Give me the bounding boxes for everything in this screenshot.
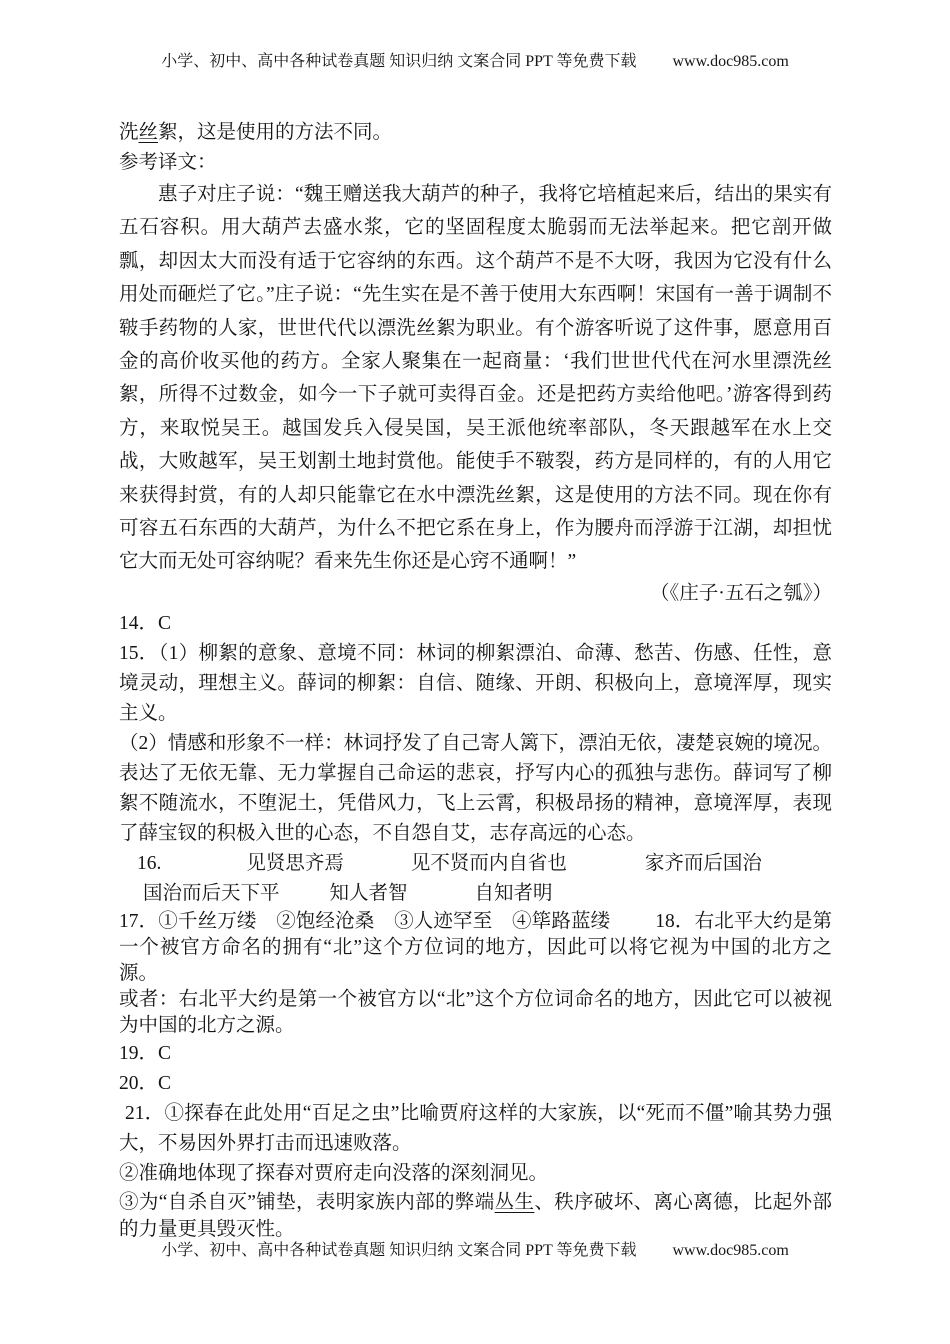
- spacer: [344, 864, 411, 865]
- answer-17-18: 17．①千丝万缕 ②饱经沧桑 ③人迹罕至 ④筚路蓝缕18．右北平大约是第一个被官…: [119, 909, 832, 987]
- answer-16-item-5: 知人者智: [330, 883, 408, 904]
- answer-16-row1: 16.见贤思齐焉见不贤而内自省也家齐而后国治: [119, 849, 832, 879]
- answer-16-item-1: 见贤思齐焉: [246, 853, 344, 874]
- answer-21-point1: 21．①探春在此处用“百足之虫”比喻贾府这样的大家族，以“死而不僵”喻其势力强大…: [119, 1099, 832, 1159]
- spacer: [610, 922, 655, 923]
- spacer: [567, 864, 645, 865]
- answer-19: 19．C: [119, 1039, 832, 1069]
- spacer: [408, 894, 475, 895]
- answer-21-point2: ②准确地体现了探春对贾府走向没落的深刻洞见。: [119, 1159, 832, 1189]
- header-promo-text: 小学、初中、高中各种试卷真题 知识归纳 文案合同 PPT 等免费下载: [161, 53, 636, 70]
- answer-21-point3: ③为“自杀自灭”铺垫，表明家族内部的弊端丛生、秩序破坏、离心离德，比起外部的力量…: [119, 1189, 832, 1243]
- answer-18-alternative: 或者：右北平大约是第一个被官方以“北”这个方位词命名的地方，因此它可以被视为中国…: [119, 987, 832, 1039]
- answer-16-row2: 国治而后天下平知人者智自知者明: [119, 879, 832, 909]
- answer-15-part2: （2）情感和形象不一样：林词抒发了自己寄人篱下，漂泊无依，凄楚哀婉的境况。表达了…: [119, 729, 832, 849]
- intro-text-underlined: 丝: [139, 122, 159, 143]
- translation-paragraph: 惠子对庄子说：“魏王赠送我大葫芦的种子，我将它培植起来后，结出的果实有五石容积。…: [119, 178, 832, 579]
- page-footer: 小学、初中、高中各种试卷真题 知识归纳 文案合同 PPT 等免费下载www.do…: [0, 1240, 950, 1262]
- answer-15-part1: 15．（1）柳絮的意象、意境不同：林词的柳絮漂泊、命薄、愁苦、伤感、任性，意境灵…: [119, 639, 832, 729]
- answer-14: 14．C: [119, 609, 832, 639]
- header-url-link[interactable]: www.doc985.com: [673, 53, 789, 70]
- answer-21-point3-pre: ③为“自杀自灭”铺垫，表明家族内部的弊端: [119, 1192, 495, 1213]
- intro-text-pre: 洗: [119, 122, 139, 143]
- answer-16-number: 16.: [137, 853, 161, 874]
- answer-16-item-4: 国治而后天下平: [143, 883, 280, 904]
- document-body: 洗丝絮，这是使用的方法不同。 参考译文： 惠子对庄子说：“魏王赠送我大葫芦的种子…: [119, 118, 832, 1243]
- source-attribution: （《庄子·五石之瓠》）: [119, 579, 832, 609]
- spacer: [161, 864, 246, 865]
- answer-16-item-2: 见不贤而内自省也: [411, 853, 567, 874]
- answer-16-item-3: 家齐而后国治: [645, 853, 762, 874]
- document-page: 小学、初中、高中各种试卷真题 知识归纳 文案合同 PPT 等免费下载www.do…: [0, 0, 950, 1344]
- footer-promo-text: 小学、初中、高中各种试卷真题 知识归纳 文案合同 PPT 等免费下载: [161, 1242, 636, 1259]
- paragraph-intro: 洗丝絮，这是使用的方法不同。: [119, 118, 832, 148]
- answer-16-item-6: 自知者明: [475, 883, 553, 904]
- intro-text-post: 絮，这是使用的方法不同。: [158, 122, 392, 143]
- spacer: [280, 894, 330, 895]
- page-header: 小学、初中、高中各种试卷真题 知识归纳 文案合同 PPT 等免费下载www.do…: [0, 51, 950, 73]
- answer-21-point3-underlined: 丛生: [495, 1192, 535, 1213]
- answer-20: 20．C: [119, 1069, 832, 1099]
- footer-url-link[interactable]: www.doc985.com: [673, 1242, 789, 1259]
- answer-17: 17．①千丝万缕 ②饱经沧桑 ③人迹罕至 ④筚路蓝缕: [119, 911, 610, 932]
- reference-translation-label: 参考译文：: [119, 148, 832, 178]
